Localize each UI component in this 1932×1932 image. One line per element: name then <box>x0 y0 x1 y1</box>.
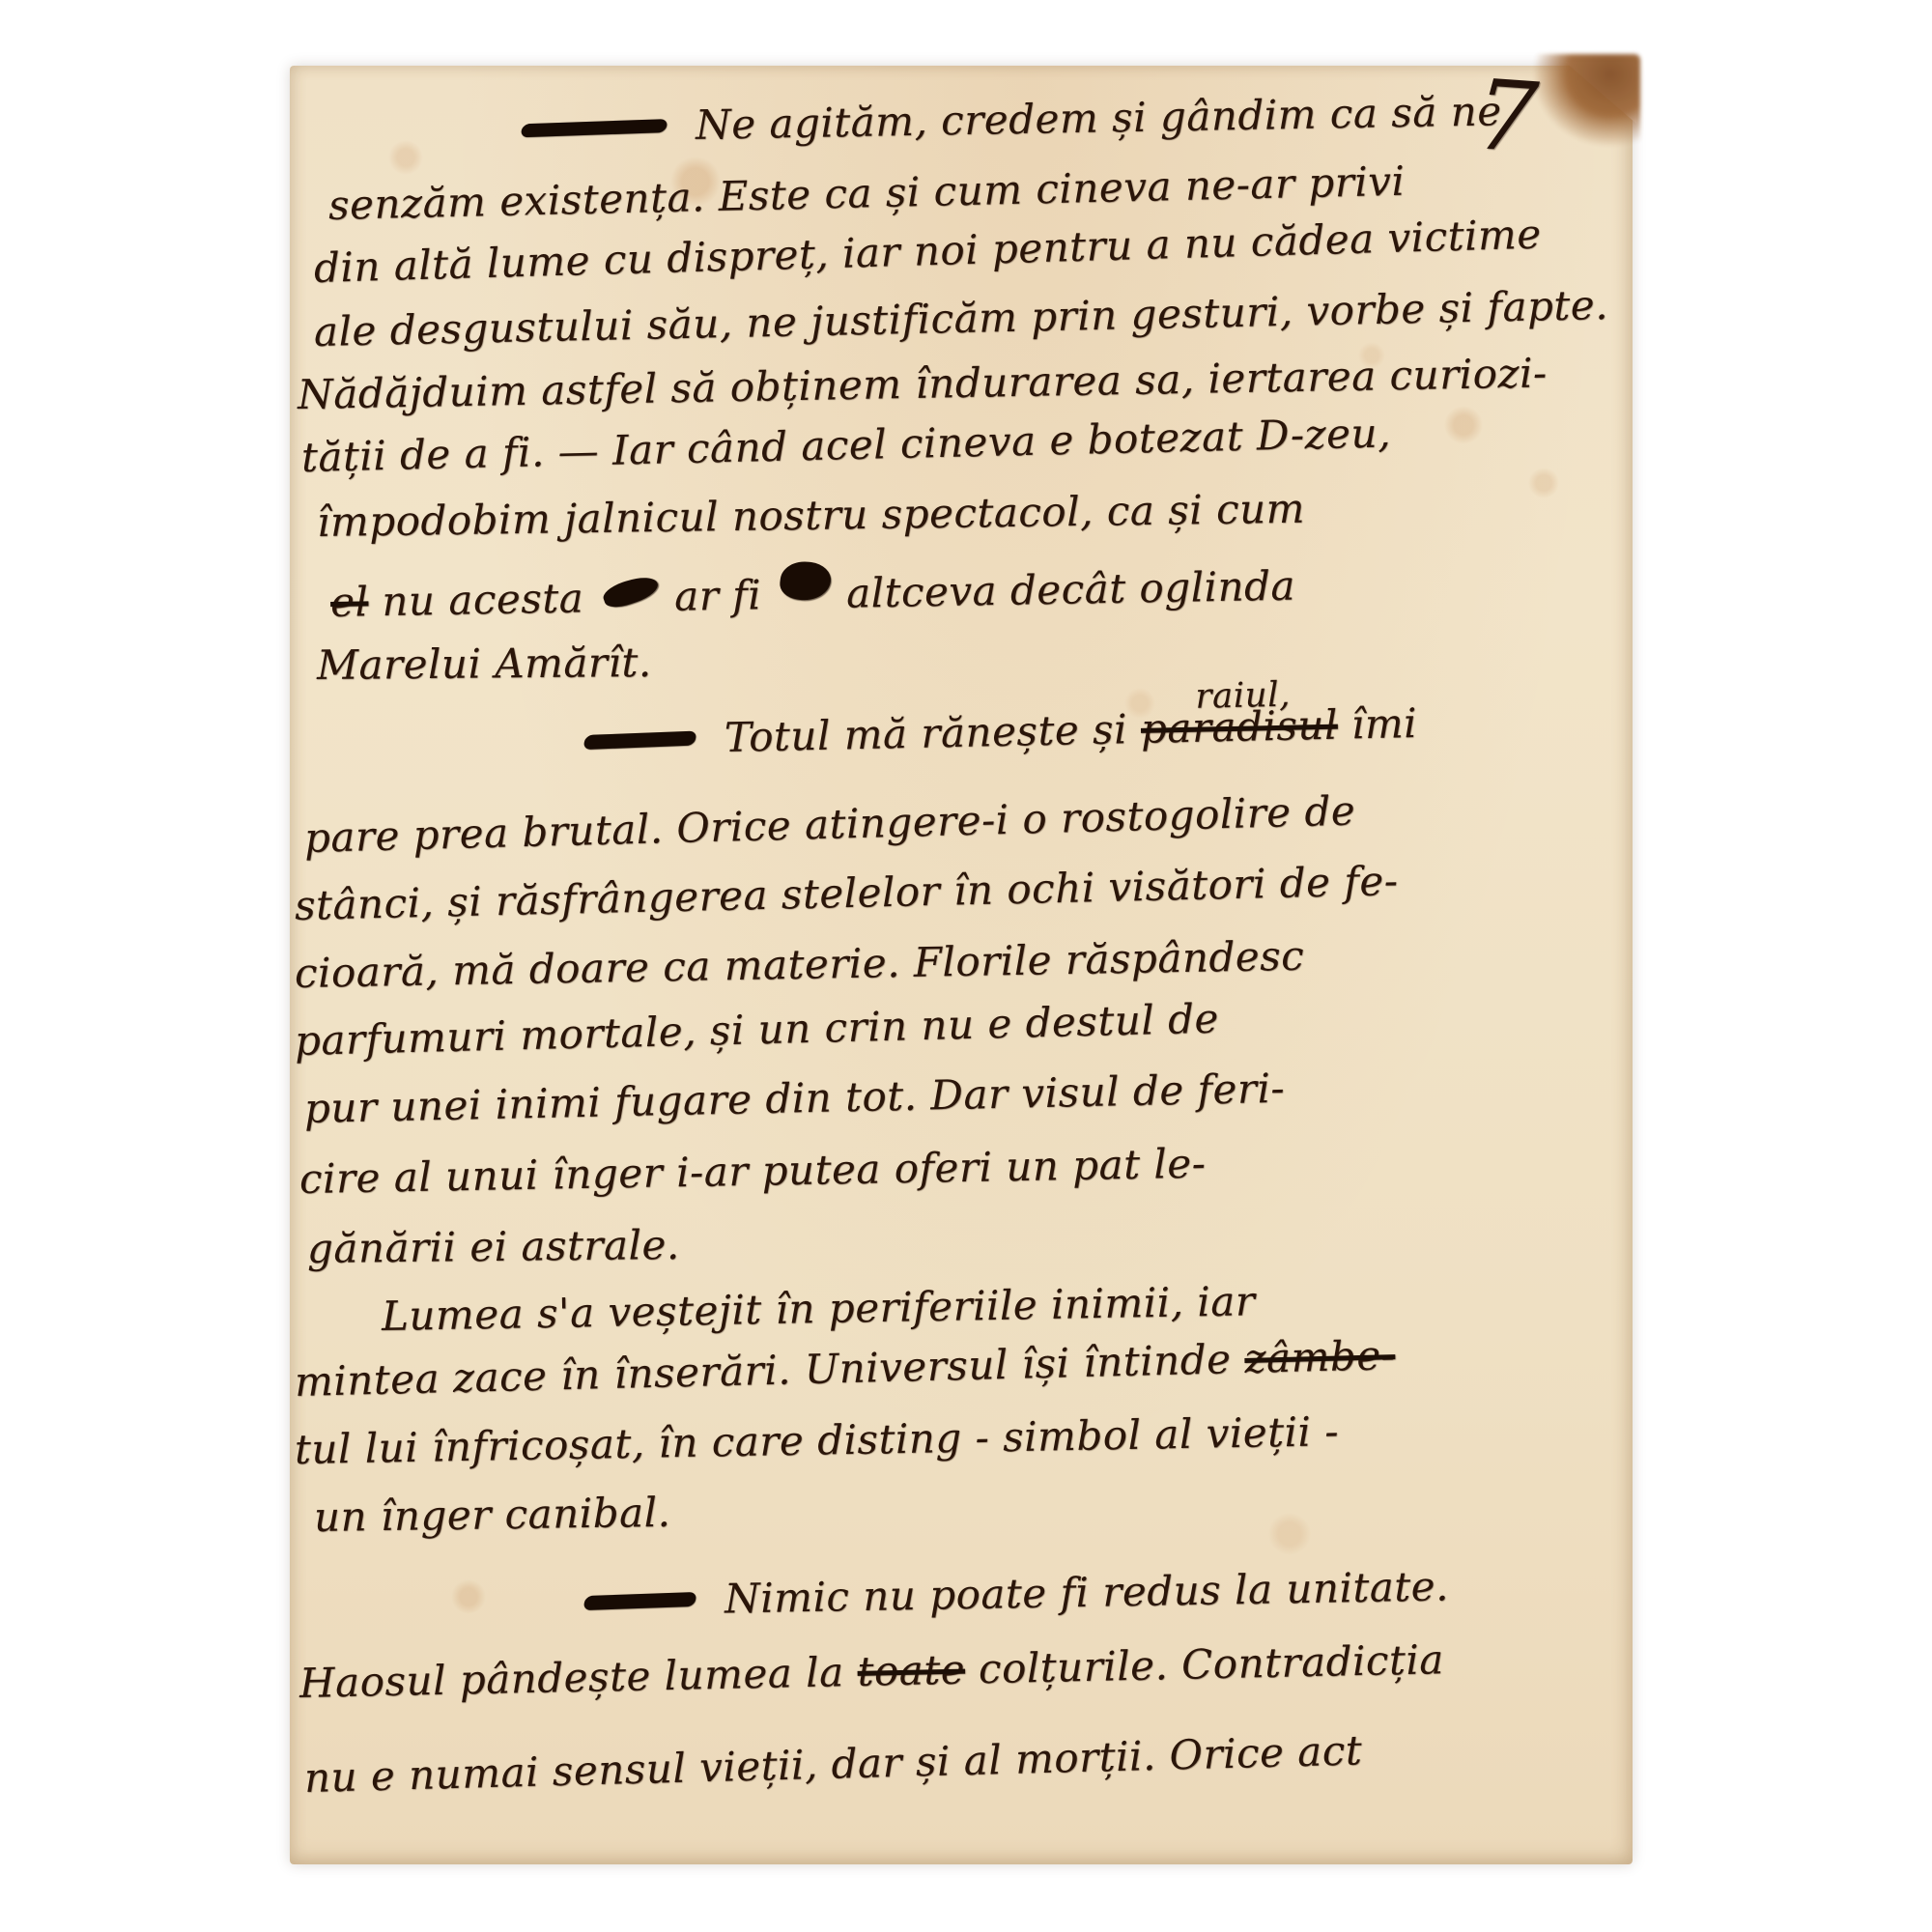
manuscript-line: cioară, mă doare ca materie. Florile răs… <box>295 934 1305 996</box>
paragraph-dash-mark <box>582 1592 696 1610</box>
line-text: Haosul pândește lumea la <box>298 1648 844 1707</box>
manuscript-line: tul lui înfricoșat, în care disting - si… <box>295 1409 1340 1472</box>
line-text: gănării ei astrale. <box>307 1221 680 1272</box>
struck-word: zâmbe- <box>1244 1331 1396 1382</box>
manuscript-line: parfumuri mortale, și un crin nu e destu… <box>294 997 1219 1065</box>
manuscript-line: Lumea s'a veștejit în periferiile inimii… <box>382 1279 1256 1339</box>
struck-word: toate <box>857 1646 965 1695</box>
paragraph-dash-mark <box>521 119 668 137</box>
ink-blot <box>601 572 662 612</box>
struck-word: el <box>330 578 369 626</box>
manuscript-line: Ne agităm, credem și gândim ca să ne <box>522 89 1502 151</box>
line-text: Totul mă rănește și <box>724 705 1127 761</box>
manuscript-line: Totul mă rănește șiraiul,paradisulîmi <box>584 701 1432 764</box>
manuscript-line: mintea zace în înserări. Universul își î… <box>294 1333 1395 1405</box>
line-text: nu acesta <box>382 574 584 625</box>
line-text: tății de a fi. — Iar când acel cineva e … <box>300 409 1391 481</box>
line-text: cire al unui înger i-ar putea oferi un p… <box>299 1140 1207 1203</box>
line-text: pare prea brutal. Orice atingere-i o ros… <box>303 787 1355 862</box>
manuscript-page: 7 Ne agităm, credem și gândim ca să ne s… <box>290 66 1633 1864</box>
line-text: Ne agităm, credem și gândim ca să ne <box>696 87 1502 149</box>
line-text: ale desgustului său, ne justificăm prin … <box>313 281 1608 355</box>
line-text: Marelui Amărît. <box>317 639 652 689</box>
line-text: tul lui înfricoșat, în care disting - si… <box>295 1407 1340 1473</box>
line-text: Nimic nu poate fi redus la unitate. <box>724 1562 1450 1622</box>
line-text: altceva decât oglinda <box>846 562 1296 617</box>
line-text: nu e numai sensul vieții, dar și al morț… <box>303 1726 1362 1802</box>
correction: raiul,paradisul <box>1141 703 1339 752</box>
manuscript-line: stânci, și răsfrângerea stelelor în ochi… <box>294 859 1398 928</box>
ink-blot <box>779 558 833 603</box>
line-text: îmi <box>1350 699 1417 748</box>
manuscript-line: Marelui Amărît. <box>317 640 652 688</box>
manuscript-line: tății de a fi. — Iar când acel cineva e … <box>300 411 1391 480</box>
line-text: cioară, mă doare ca materie. Florile răs… <box>295 932 1305 997</box>
line-text: Nădăjduim astfel să obținem îndurarea sa… <box>298 349 1548 418</box>
line-text: stânci, și răsfrângerea stelelor în ochi… <box>294 857 1398 929</box>
manuscript-line: ale desgustului său, ne justificăm prin … <box>314 283 1609 355</box>
manuscript-line: cire al unui înger i-ar putea oferi un p… <box>299 1142 1207 1203</box>
manuscript-line: gănării ei astrale. <box>307 1223 680 1271</box>
line-text: ar fi <box>674 571 762 620</box>
line-text: parfumuri mortale, și un crin nu e destu… <box>294 995 1219 1065</box>
manuscript-line: Haosul pândește lumea latoatecolțurile. … <box>299 1637 1445 1706</box>
manuscript-line: Nădăjduim astfel să obținem îndurarea sa… <box>298 351 1548 417</box>
paragraph-dash-mark <box>583 731 697 750</box>
manuscript-line: împodobim jalnicul nostru spectacol, ca … <box>317 487 1306 545</box>
line-text: Lumea s'a veștejit în periferiile inimii… <box>382 1277 1256 1340</box>
manuscript-line: un înger canibal. <box>314 1491 671 1540</box>
manuscript-line: elnu acestaar fialtceva decât oglinda <box>330 553 1310 625</box>
line-text: un înger canibal. <box>314 1489 671 1541</box>
scanned-photo: 7 Ne agităm, credem și gândim ca să ne s… <box>0 0 1932 1932</box>
manuscript-line: Nimic nu poate fi redus la unitate. <box>584 1564 1450 1624</box>
line-text: împodobim jalnicul nostru spectacol, ca … <box>317 485 1306 546</box>
line-text: pur unei inimi fugare din tot. Dar visul… <box>303 1065 1285 1132</box>
manuscript-line: nu e numai sensul vieții, dar și al morț… <box>303 1728 1362 1801</box>
corner-stain <box>1534 54 1640 146</box>
manuscript-line: pare prea brutal. Orice atingere-i o ros… <box>303 789 1355 862</box>
inserted-word: raiul, <box>1195 675 1291 715</box>
line-text: mintea zace în înserări. Universul își î… <box>294 1335 1232 1406</box>
line-text: colțurile. Contradicția <box>978 1635 1444 1692</box>
manuscript-line: pur unei inimi fugare din tot. Dar visul… <box>304 1066 1286 1131</box>
